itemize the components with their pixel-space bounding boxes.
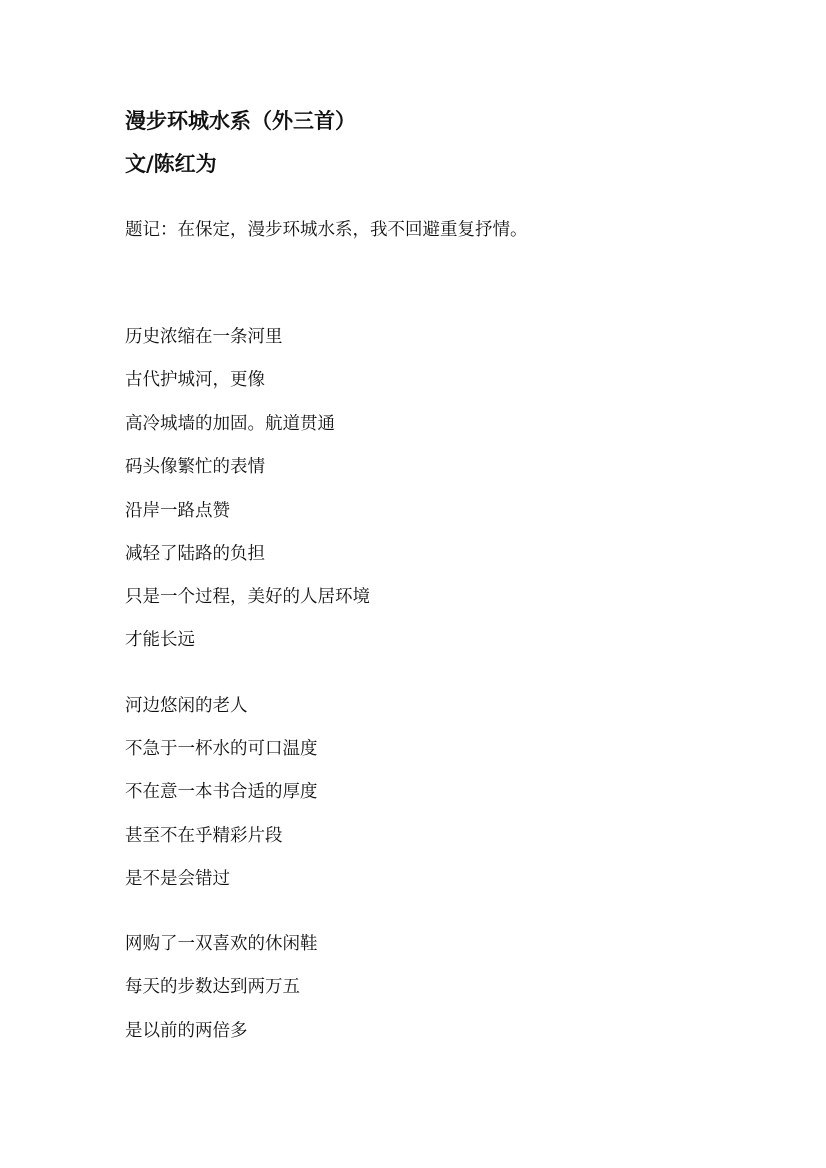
poem-line: 减轻了陆路的负担 bbox=[125, 540, 265, 568]
poem-line: 河边悠闲的老人 bbox=[125, 692, 248, 720]
poem-line: 网购了一双喜欢的休闲鞋 bbox=[125, 930, 318, 958]
poem-line: 历史浓缩在一条河里 bbox=[125, 323, 283, 351]
poem-line: 沿岸一路点赞 bbox=[125, 497, 230, 525]
document-page: 漫步环城水系（外三首） 文/陈红为 题记：在保定，漫步环城水系，我不回避重复抒情… bbox=[0, 0, 826, 1168]
poem-line: 码头像繁忙的表情 bbox=[125, 453, 265, 481]
poem-line: 不在意一本书合适的厚度 bbox=[125, 778, 318, 806]
poem-line: 只是一个过程，美好的人居环境 bbox=[125, 583, 370, 611]
poem-title: 漫步环城水系（外三首） bbox=[125, 106, 356, 136]
poem-author: 文/陈红为 bbox=[125, 149, 217, 179]
poem-line: 不急于一杯水的可口温度 bbox=[125, 735, 318, 763]
poem-epigraph: 题记：在保定，漫步环城水系，我不回避重复抒情。 bbox=[125, 216, 528, 244]
poem-line: 才能长远 bbox=[125, 626, 195, 654]
poem-line: 古代护城河，更像 bbox=[125, 366, 265, 394]
poem-line: 每天的步数达到两万五 bbox=[125, 973, 300, 1001]
poem-line: 是不是会错过 bbox=[125, 865, 230, 893]
poem-line: 是以前的两倍多 bbox=[125, 1017, 248, 1045]
poem-line: 甚至不在乎精彩片段 bbox=[125, 822, 283, 850]
poem-line: 高冷城墙的加固。航道贯通 bbox=[125, 410, 335, 438]
